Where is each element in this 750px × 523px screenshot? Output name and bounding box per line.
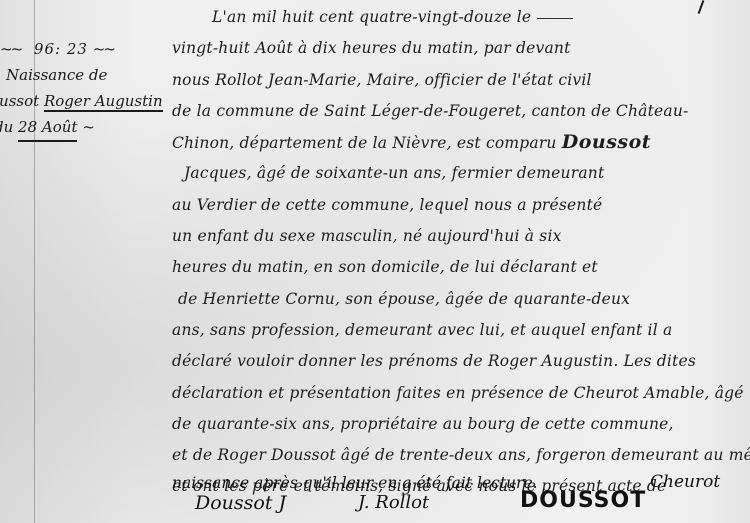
record-body: L'an mil huit cent quatre-vingt-douze le… — [172, 2, 750, 503]
text-line: L'an mil huit cent quatre-vingt-douze le — [172, 2, 750, 33]
margin-date: du 28 Août ~ — [0, 114, 160, 142]
date-day: 28 — [18, 118, 37, 136]
declarant-surname: Doussot — [562, 131, 651, 153]
text-line: un enfant du sexe masculin, né aujourd'h… — [172, 221, 750, 252]
margin-subject: Doussot Roger Augustin — [0, 88, 160, 114]
signature-block: naissance après qu'il leur en a été fait… — [0, 488, 750, 523]
margin-title: Naissance de — [0, 62, 160, 88]
document-page: ~~ 96: 23 ~~ Naissance de Doussot Roger … — [0, 0, 750, 523]
text-line: au Verdier de cette commune, lequel nous… — [172, 190, 750, 221]
date-prefix: du — [0, 118, 13, 136]
text-line: Chinon, département de la Nièvre, est co… — [172, 127, 750, 158]
signature-doussot-witness: DOUSSOT — [520, 488, 646, 513]
text-line: de Henriette Cornu, son épouse, âgée de … — [172, 284, 750, 315]
text-line: nous Rollot Jean-Marie, Maire, officier … — [172, 65, 750, 96]
entry-number-line: ~~ 96: 23 ~~ — [0, 36, 160, 62]
signature-cheurot: Cheurot — [650, 472, 720, 492]
text-line: déclaré vouloir donner les prénoms de Ro… — [172, 346, 750, 377]
subject-surname: Doussot — [0, 92, 39, 110]
text-line: de la commune de Saint Léger-de-Fougeret… — [172, 96, 750, 127]
text-line-final: naissance après qu'il leur en a été fait… — [172, 474, 538, 492]
text-line: vingt-huit Août à dix heures du matin, p… — [172, 33, 750, 64]
text-line: Jacques, âgé de soixante-un ans, fermier… — [172, 158, 750, 189]
text-line: heures du matin, en son domicile, de lui… — [172, 252, 750, 283]
text-line: de quarante-six ans, propriétaire au bou… — [172, 409, 750, 440]
date-value: 28 Août — [18, 114, 77, 142]
entry-number: 96: 23 — [26, 40, 88, 58]
signature-mayor-rollot: J. Rollot — [358, 492, 429, 513]
date-month: Août — [42, 118, 78, 136]
text-line: et de Roger Doussot âgé de trente-deux a… — [172, 440, 750, 471]
text-line: ans, sans profession, demeurant avec lui… — [172, 315, 750, 346]
signature-doussot-father: Doussot J — [195, 492, 286, 514]
margin-annotation: ~~ 96: 23 ~~ Naissance de Doussot Roger … — [0, 36, 160, 142]
text-line: déclaration et présentation faites en pr… — [172, 378, 750, 409]
subject-given-names: Roger Augustin — [44, 92, 163, 112]
